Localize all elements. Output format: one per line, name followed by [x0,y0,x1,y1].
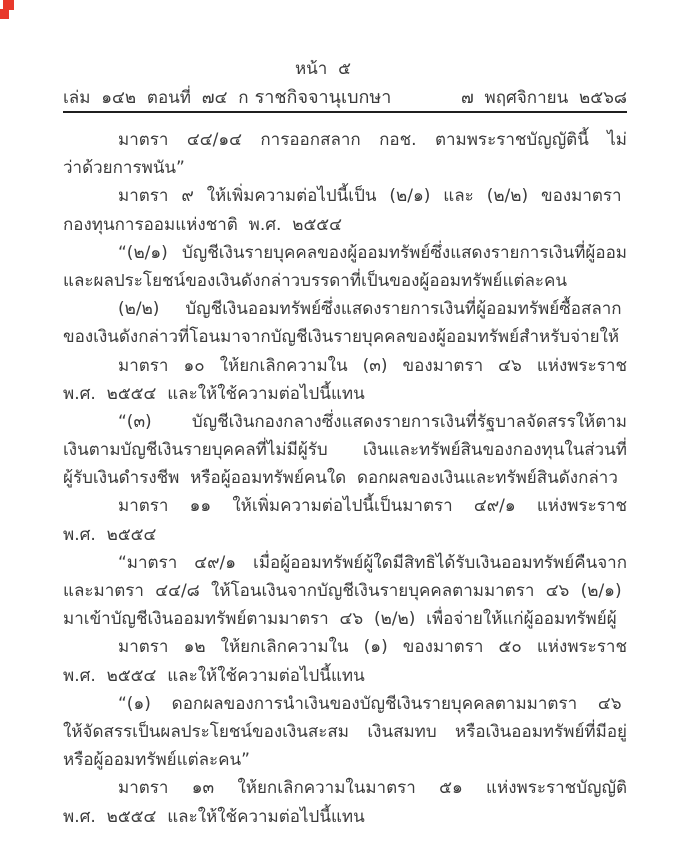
text-line: ผู้รับเงินดำรงชีพ หรือผู้ออมทรัพย์คนใด ด… [63,464,627,492]
document-body: มาตรา ๔๔/๑๔ การออกสลาก กอช. ตามพระราชบัญ… [63,126,627,831]
gazette-page: หน้า ๕ เล่ม ๑๔๒ ตอนที่ ๗๔ ก ราชกิจจานุเบ… [0,0,689,868]
text-line: ว่าด้วยการพนัน” [63,154,627,182]
text-line: มาตรา ๙ ให้เพิ่มความต่อไปนี้เป็น (๒/๑) แ… [63,182,627,210]
text-line: มาตรา ๔๔/๑๔ การออกสลาก กอช. ตามพระราชบัญ… [63,126,627,154]
text-line: “(๑) ดอกผลของการนำเงินของบัญชีเงินรายบุค… [63,690,627,718]
text-line: ของเงินดังกล่าวที่โอนมาจากบัญชีเงินรายบุ… [63,323,627,351]
text-line: หรือผู้ออมทรัพย์แต่ละคน” [63,746,627,774]
text-line: พ.ศ. ๒๕๕๔ [63,521,627,549]
text-line: มาตรา ๑๒ ให้ยกเลิกความใน (๑) ของมาตรา ๕๐… [63,633,627,661]
text-line: ให้จัดสรรเป็นผลประโยชน์ของเงินสะสม เงินส… [63,718,627,746]
text-line: และผลประโยชน์ของเงินดังกล่าวบรรดาที่เป็น… [63,267,627,295]
text-line: “(๒/๑) บัญชีเงินรายบุคคลของผู้ออมทรัพย์ซ… [63,239,627,267]
red-square-mark [0,9,9,19]
page-number: หน้า ๕ [63,57,583,81]
text-line: และมาตรา ๔๔/๘ ให้โอนเงินจากบัญชีเงินรายบ… [63,577,627,605]
text-line: กองทุนการออมแห่งชาติ พ.ศ. ๒๕๕๔ [63,211,627,239]
text-line: พ.ศ. ๒๕๕๔ และให้ใช้ความต่อไปนี้แทน [63,803,627,831]
text-line: “มาตรา ๔๙/๑ เมื่อผู้ออมทรัพย์ผู้ใดมีสิทธ… [63,549,627,577]
text-line: พ.ศ. ๒๕๕๔ และให้ใช้ความต่อไปนี้แทน [63,380,627,408]
issue-date: ๗ พฤศจิกายน ๒๕๖๘ [461,86,627,110]
text-line: พ.ศ. ๒๕๕๔ และให้ใช้ความต่อไปนี้แทน [63,662,627,690]
text-line: เงินตามบัญชีเงินรายบุคคลที่ไม่มีผู้รับ เ… [63,436,627,464]
header-divider [63,111,627,113]
text-line: “(๓) บัญชีเงินกองกลางซึ่งแสดงรายการเงินท… [63,408,627,436]
text-line: (๒/๒) บัญชีเงินออมทรัพย์ซึ่งแสดงรายการเง… [63,295,627,323]
text-line: มาตรา ๑๐ ให้ยกเลิกความใน (๓) ของมาตรา ๔๖… [63,352,627,380]
text-line: มาตรา ๑๑ ให้เพิ่มความต่อไปนี้เป็นมาตรา ๔… [63,492,627,520]
text-line: มาตรา ๑๓ ให้ยกเลิกความในมาตรา ๕๑ แห่งพระ… [63,774,627,802]
text-line: มาเข้าบัญชีเงินออมทรัพย์ตามมาตรา ๔๖ (๒/๒… [63,605,627,633]
